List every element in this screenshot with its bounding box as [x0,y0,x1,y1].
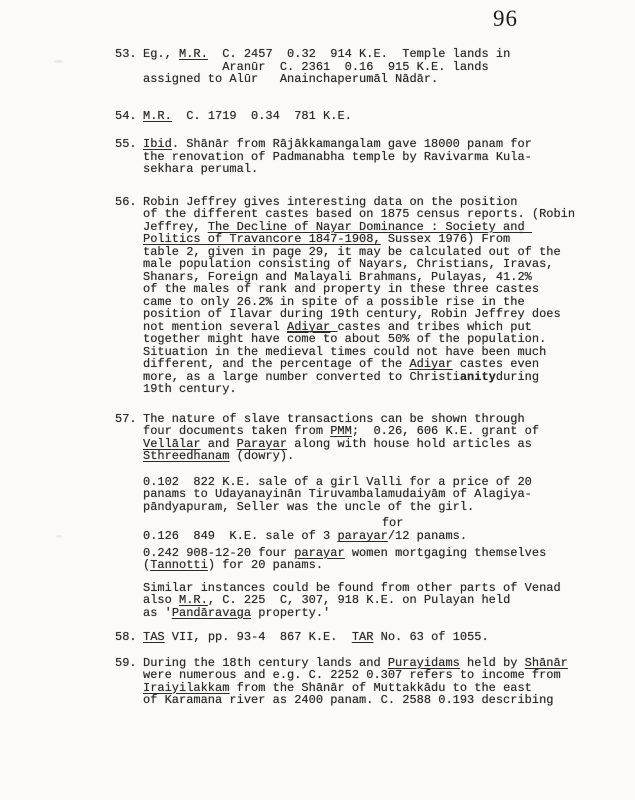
note-paragraph: Ibid. Shānār from Rājākkamangalam gave 1… [143,138,595,176]
note-paragraph: M.R. C. 1719 0.34 781 K.E. [143,110,595,123]
note-paragraph: During the 18th century lands and Purayi… [143,657,595,707]
page-number: 96 [493,6,518,32]
note-line: assigned to Alūr Anainchaperumāl Nādār. [143,73,595,86]
note-number: 55. [115,138,143,151]
note-paragraph: Similar instances could be found from ot… [143,582,595,620]
note-body: TAS VII, pp. 93-4 867 K.E. TAR No. 63 of… [143,631,595,644]
note-paragraph: TAS VII, pp. 93-4 867 K.E. TAR No. 63 of… [143,631,595,644]
note-line: (Tannotti) for 20 panams. [143,559,595,572]
note-paragraph: 0.126 849 K.E. sale of 3 parayarfor/12 p… [143,527,595,543]
scan-speckle [519,230,523,234]
note-paragraph: The nature of slave transactions can be … [143,413,595,463]
note-line: pāndyapuram, Seller was the uncle of the… [143,501,595,514]
note-body: M.R. C. 1719 0.34 781 K.E. [143,110,595,123]
note-line: TAS VII, pp. 93-4 867 K.E. TAR No. 63 of… [143,631,595,644]
notes-list: 53.Eg., M.R. C. 2457 0.32 914 K.E. Templ… [115,48,595,707]
note-body: The nature of slave transactions can be … [143,413,595,620]
note-56: 56.Robin Jeffrey gives interesting data … [115,196,595,396]
document-page: 96 53.Eg., M.R. C. 2457 0.32 914 K.E. Te… [0,0,635,800]
note-body: Eg., M.R. C. 2457 0.32 914 K.E. Temple l… [143,48,595,86]
note-line: sekhara perumal. [143,163,595,176]
note-number: 54. [115,110,143,123]
note-line: as 'Pandāravaga property.' [143,607,595,620]
note-57: 57.The nature of slave transactions can … [115,413,595,620]
note-number: 56. [115,196,143,209]
note-paragraph: Eg., M.R. C. 2457 0.32 914 K.E. Temple l… [143,48,595,86]
note-paragraph: 0.242 908-12-20 four parayar women mortg… [143,547,595,572]
note-53: 53.Eg., M.R. C. 2457 0.32 914 K.E. Templ… [115,48,595,86]
note-54: 54.M.R. C. 1719 0.34 781 K.E. [115,110,595,123]
note-body: Ibid. Shānār from Rājākkamangalam gave 1… [143,138,595,176]
note-58: 58.TAS VII, pp. 93-4 867 K.E. TAR No. 63… [115,631,595,644]
note-55: 55.Ibid. Shānār from Rājākkamangalam gav… [115,138,595,176]
note-line: 19th century. [143,383,595,396]
note-paragraph: Robin Jeffrey gives interesting data on … [143,196,595,396]
note-line: of Karamana river as 2400 panam. C. 2588… [143,694,595,707]
scan-speckle [56,535,62,538]
note-body: During the 18th century lands and Purayi… [143,657,595,707]
scan-speckle [54,60,63,63]
note-number: 57. [115,413,143,426]
note-number: 59. [115,657,143,670]
note-number: 53. [115,48,143,61]
note-line: Sthreedhanam (dowry). [143,450,595,463]
note-line: 0.126 849 K.E. sale of 3 parayarfor/12 p… [143,527,595,543]
inserted-word: for [382,517,404,529]
note-paragraph: 0.102 822 K.E. sale of a girl Valli for … [143,476,595,514]
note-59: 59.During the 18th century lands and Pur… [115,657,595,707]
note-body: Robin Jeffrey gives interesting data on … [143,196,595,396]
note-line: M.R. C. 1719 0.34 781 K.E. [143,110,595,123]
note-number: 58. [115,631,143,644]
